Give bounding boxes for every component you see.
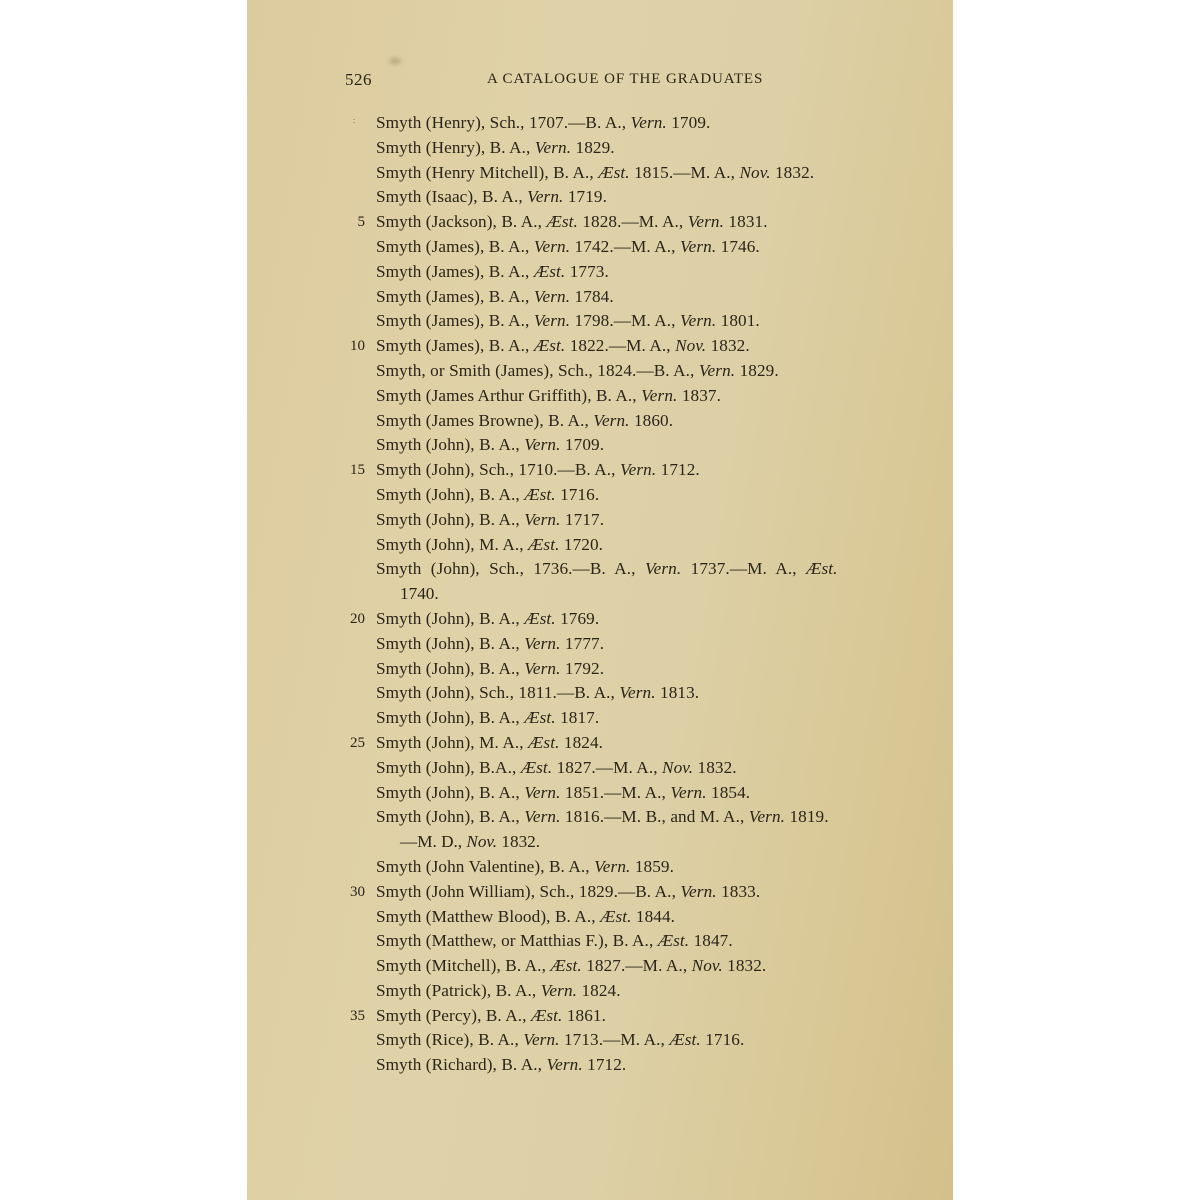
term-abbreviation: Vern.: [527, 187, 563, 206]
list-item: Smyth (Mitchell), B. A., Æst. 1827.—M. A…: [333, 954, 933, 979]
term-abbreviation: Æst.: [531, 1006, 562, 1025]
term-abbreviation: Vern.: [749, 807, 785, 826]
page-number: 526: [345, 70, 372, 90]
entry-text: Smyth (James), B. A., Æst. 1773.: [376, 262, 609, 281]
term-abbreviation: Æst.: [600, 907, 631, 926]
term-abbreviation: Æst.: [550, 956, 581, 975]
term-abbreviation: Æst.: [806, 559, 837, 578]
entry-continuation: 1740.: [376, 582, 933, 607]
list-item: Smyth (John), B. A., Æst. 1817.: [333, 706, 933, 731]
term-abbreviation: Æst.: [546, 212, 577, 231]
term-abbreviation: Vern.: [524, 783, 560, 802]
list-item: Smyth (John), Sch., 1736.—B. A., Vern. 1…: [333, 557, 933, 607]
line-number: 15: [333, 458, 365, 483]
line-number: 10: [333, 334, 365, 359]
term-abbreviation: Æst.: [524, 485, 555, 504]
list-item: Smyth (James), B. A., Vern. 1742.—M. A.,…: [333, 235, 933, 260]
list-item: 30Smyth (John William), Sch., 1829.—B. A…: [333, 880, 933, 905]
entry-text: Smyth (Henry), Sch., 1707.—B. A., Vern. …: [376, 113, 710, 132]
list-item: Smyth (John), B. A., Vern. 1777.: [333, 632, 933, 657]
list-item: Smyth (Henry), B. A., Vern. 1829.: [333, 136, 933, 161]
term-abbreviation: Vern.: [680, 311, 716, 330]
entry-text: Smyth (John), Sch., 1736.—B. A., Vern. 1…: [376, 559, 838, 578]
term-abbreviation: Æst.: [534, 336, 565, 355]
entry-text: Smyth (James Browne), B. A., Vern. 1860.: [376, 411, 673, 430]
list-item: 5Smyth (Jackson), B. A., Æst. 1828.—M. A…: [333, 210, 933, 235]
term-abbreviation: Æst.: [528, 733, 559, 752]
list-item: :Smyth (Henry), Sch., 1707.—B. A., Vern.…: [333, 111, 933, 136]
entry-continuation: —M. D., Nov. 1832.: [376, 830, 933, 855]
ink-smudge: [389, 58, 401, 64]
list-item: 15Smyth (John), Sch., 1710.—B. A., Vern.…: [333, 458, 933, 483]
term-abbreviation: Vern.: [524, 435, 560, 454]
list-item: Smyth (John), B. A., Vern. 1851.—M. A., …: [333, 781, 933, 806]
entry-text: Smyth (Matthew Blood), B. A., Æst. 1844.: [376, 907, 675, 926]
entry-text: Smyth (Matthew, or Matthias F.), B. A., …: [376, 931, 733, 950]
list-item: Smyth (Isaac), B. A., Vern. 1719.: [333, 185, 933, 210]
term-abbreviation: Vern.: [699, 361, 735, 380]
entry-text: Smyth (John), B. A., Æst. 1817.: [376, 708, 599, 727]
list-item: Smyth (John), B. A., Vern. 1792.: [333, 657, 933, 682]
entry-text: Smyth (John), Sch., 1710.—B. A., Vern. 1…: [376, 460, 700, 479]
term-abbreviation: Æst.: [669, 1030, 700, 1049]
list-item: Smyth, or Smith (James), Sch., 1824.—B. …: [333, 359, 933, 384]
term-abbreviation: Æst.: [658, 931, 689, 950]
entry-text: Smyth (James), B. A., Vern. 1798.—M. A.,…: [376, 311, 760, 330]
running-title: A CATALOGUE OF THE GRADUATES: [487, 71, 763, 88]
term-abbreviation: Vern.: [680, 882, 716, 901]
entry-text: Smyth (James), B. A., Vern. 1742.—M. A.,…: [376, 237, 760, 256]
list-item: Smyth (John), Sch., 1811.—B. A., Vern. 1…: [333, 681, 933, 706]
list-item: 10Smyth (James), B. A., Æst. 1822.—M. A.…: [333, 334, 933, 359]
term-abbreviation: Vern.: [641, 386, 677, 405]
list-item: Smyth (John), M. A., Æst. 1720.: [333, 533, 933, 558]
graduate-list: :Smyth (Henry), Sch., 1707.—B. A., Vern.…: [333, 111, 933, 1078]
entry-text: Smyth (James), B. A., Vern. 1784.: [376, 287, 614, 306]
entry-text: Smyth (James Arthur Griffith), B. A., Ve…: [376, 386, 721, 405]
entry-text: Smyth (Jackson), B. A., Æst. 1828.—M. A.…: [376, 212, 768, 231]
list-item: Smyth (Matthew Blood), B. A., Æst. 1844.: [333, 905, 933, 930]
term-abbreviation: Æst.: [524, 609, 555, 628]
line-number: 5: [333, 210, 365, 235]
list-item: Smyth (John), B.A., Æst. 1827.—M. A., No…: [333, 756, 933, 781]
entry-text: Smyth (Mitchell), B. A., Æst. 1827.—M. A…: [376, 956, 766, 975]
term-abbreviation: Vern.: [680, 237, 716, 256]
term-abbreviation: Vern.: [593, 411, 629, 430]
list-item: Smyth (John), B. A., Vern. 1717.: [333, 508, 933, 533]
term-abbreviation: Vern.: [524, 807, 560, 826]
list-item: Smyth (John), B. A., Æst. 1716.: [333, 483, 933, 508]
term-abbreviation: Vern.: [524, 510, 560, 529]
term-abbreviation: Vern.: [535, 138, 571, 157]
entry-text: Smyth (John), B. A., Vern. 1816.—M. B., …: [376, 807, 829, 826]
entry-text: Smyth (Henry Mitchell), B. A., Æst. 1815…: [376, 163, 814, 182]
book-page: 526 A CATALOGUE OF THE GRADUATES :Smyth …: [247, 0, 953, 1200]
term-abbreviation: Vern.: [523, 1030, 559, 1049]
entry-text: Smyth (Percy), B. A., Æst. 1861.: [376, 1006, 606, 1025]
term-abbreviation: Vern.: [524, 659, 560, 678]
term-abbreviation: Æst.: [598, 163, 629, 182]
margin-mark: :: [353, 118, 356, 130]
entry-text: Smyth (Richard), B. A., Vern. 1712.: [376, 1055, 626, 1074]
list-item: Smyth (Matthew, or Matthias F.), B. A., …: [333, 929, 933, 954]
term-abbreviation: Æst.: [534, 262, 565, 281]
term-abbreviation: Vern.: [620, 460, 656, 479]
entry-text: Smyth (Isaac), B. A., Vern. 1719.: [376, 187, 607, 206]
term-abbreviation: Vern.: [670, 783, 706, 802]
entry-text: Smyth (Rice), B. A., Vern. 1713.—M. A., …: [376, 1030, 744, 1049]
page-header: 526 A CATALOGUE OF THE GRADUATES: [345, 70, 905, 94]
list-item: Smyth (John), B. A., Vern. 1709.: [333, 433, 933, 458]
entry-text: Smyth (John), B. A., Vern. 1851.—M. A., …: [376, 783, 750, 802]
term-abbreviation: Nov.: [692, 956, 723, 975]
list-item: 35Smyth (Percy), B. A., Æst. 1861.: [333, 1004, 933, 1029]
list-item: Smyth (James Arthur Griffith), B. A., Ve…: [333, 384, 933, 409]
entry-text: Smyth (John William), Sch., 1829.—B. A.,…: [376, 882, 760, 901]
entry-text: Smyth (John), B. A., Æst. 1716.: [376, 485, 599, 504]
line-number: 20: [333, 607, 365, 632]
list-item: Smyth (John), B. A., Vern. 1816.—M. B., …: [333, 805, 933, 855]
list-item: Smyth (John Valentine), B. A., Vern. 185…: [333, 855, 933, 880]
list-item: Smyth (James), B. A., Æst. 1773.: [333, 260, 933, 285]
term-abbreviation: Vern.: [619, 683, 655, 702]
term-abbreviation: Nov.: [466, 832, 497, 851]
entry-text: Smyth (John), B. A., Vern. 1777.: [376, 634, 604, 653]
list-item: 25Smyth (John), M. A., Æst. 1824.: [333, 731, 933, 756]
term-abbreviation: Nov.: [662, 758, 693, 777]
entry-text: Smyth (John), B. A., Æst. 1769.: [376, 609, 599, 628]
entry-text: Smyth (John), B. A., Vern. 1709.: [376, 435, 604, 454]
entry-text: Smyth (John Valentine), B. A., Vern. 185…: [376, 857, 674, 876]
entry-text: Smyth (John), B. A., Vern. 1792.: [376, 659, 604, 678]
term-abbreviation: Vern.: [541, 981, 577, 1000]
term-abbreviation: Vern.: [688, 212, 724, 231]
list-item: Smyth (James), B. A., Vern. 1798.—M. A.,…: [333, 309, 933, 334]
term-abbreviation: Nov.: [739, 163, 770, 182]
term-abbreviation: Vern.: [524, 634, 560, 653]
line-number: 25: [333, 731, 365, 756]
list-item: Smyth (James Browne), B. A., Vern. 1860.: [333, 409, 933, 434]
entry-text: Smyth (John), B.A., Æst. 1827.—M. A., No…: [376, 758, 737, 777]
term-abbreviation: Vern.: [594, 857, 630, 876]
term-abbreviation: Vern.: [534, 287, 570, 306]
term-abbreviation: Vern.: [645, 559, 681, 578]
line-number: 30: [333, 880, 365, 905]
entry-text: Smyth, or Smith (James), Sch., 1824.—B. …: [376, 361, 779, 380]
entry-text: Smyth (John), M. A., Æst. 1824.: [376, 733, 603, 752]
list-item: Smyth (Patrick), B. A., Vern. 1824.: [333, 979, 933, 1004]
entry-text: Smyth (Patrick), B. A., Vern. 1824.: [376, 981, 621, 1000]
term-abbreviation: Vern.: [534, 311, 570, 330]
line-number: 35: [333, 1004, 365, 1029]
list-item: Smyth (Rice), B. A., Vern. 1713.—M. A., …: [333, 1028, 933, 1053]
list-item: Smyth (Richard), B. A., Vern. 1712.: [333, 1053, 933, 1078]
term-abbreviation: Æst.: [528, 535, 559, 554]
term-abbreviation: Æst.: [521, 758, 552, 777]
term-abbreviation: Vern.: [546, 1055, 582, 1074]
term-abbreviation: Nov.: [675, 336, 706, 355]
entry-text: Smyth (James), B. A., Æst. 1822.—M. A., …: [376, 336, 750, 355]
entry-text: Smyth (John), B. A., Vern. 1717.: [376, 510, 604, 529]
term-abbreviation: Vern.: [534, 237, 570, 256]
list-item: Smyth (James), B. A., Vern. 1784.: [333, 285, 933, 310]
list-item: Smyth (Henry Mitchell), B. A., Æst. 1815…: [333, 161, 933, 186]
list-item: 20Smyth (John), B. A., Æst. 1769.: [333, 607, 933, 632]
entry-text: Smyth (Henry), B. A., Vern. 1829.: [376, 138, 615, 157]
term-abbreviation: Æst.: [524, 708, 555, 727]
entry-text: Smyth (John), Sch., 1811.—B. A., Vern. 1…: [376, 683, 699, 702]
term-abbreviation: Vern.: [631, 113, 667, 132]
entry-text: Smyth (John), M. A., Æst. 1720.: [376, 535, 603, 554]
